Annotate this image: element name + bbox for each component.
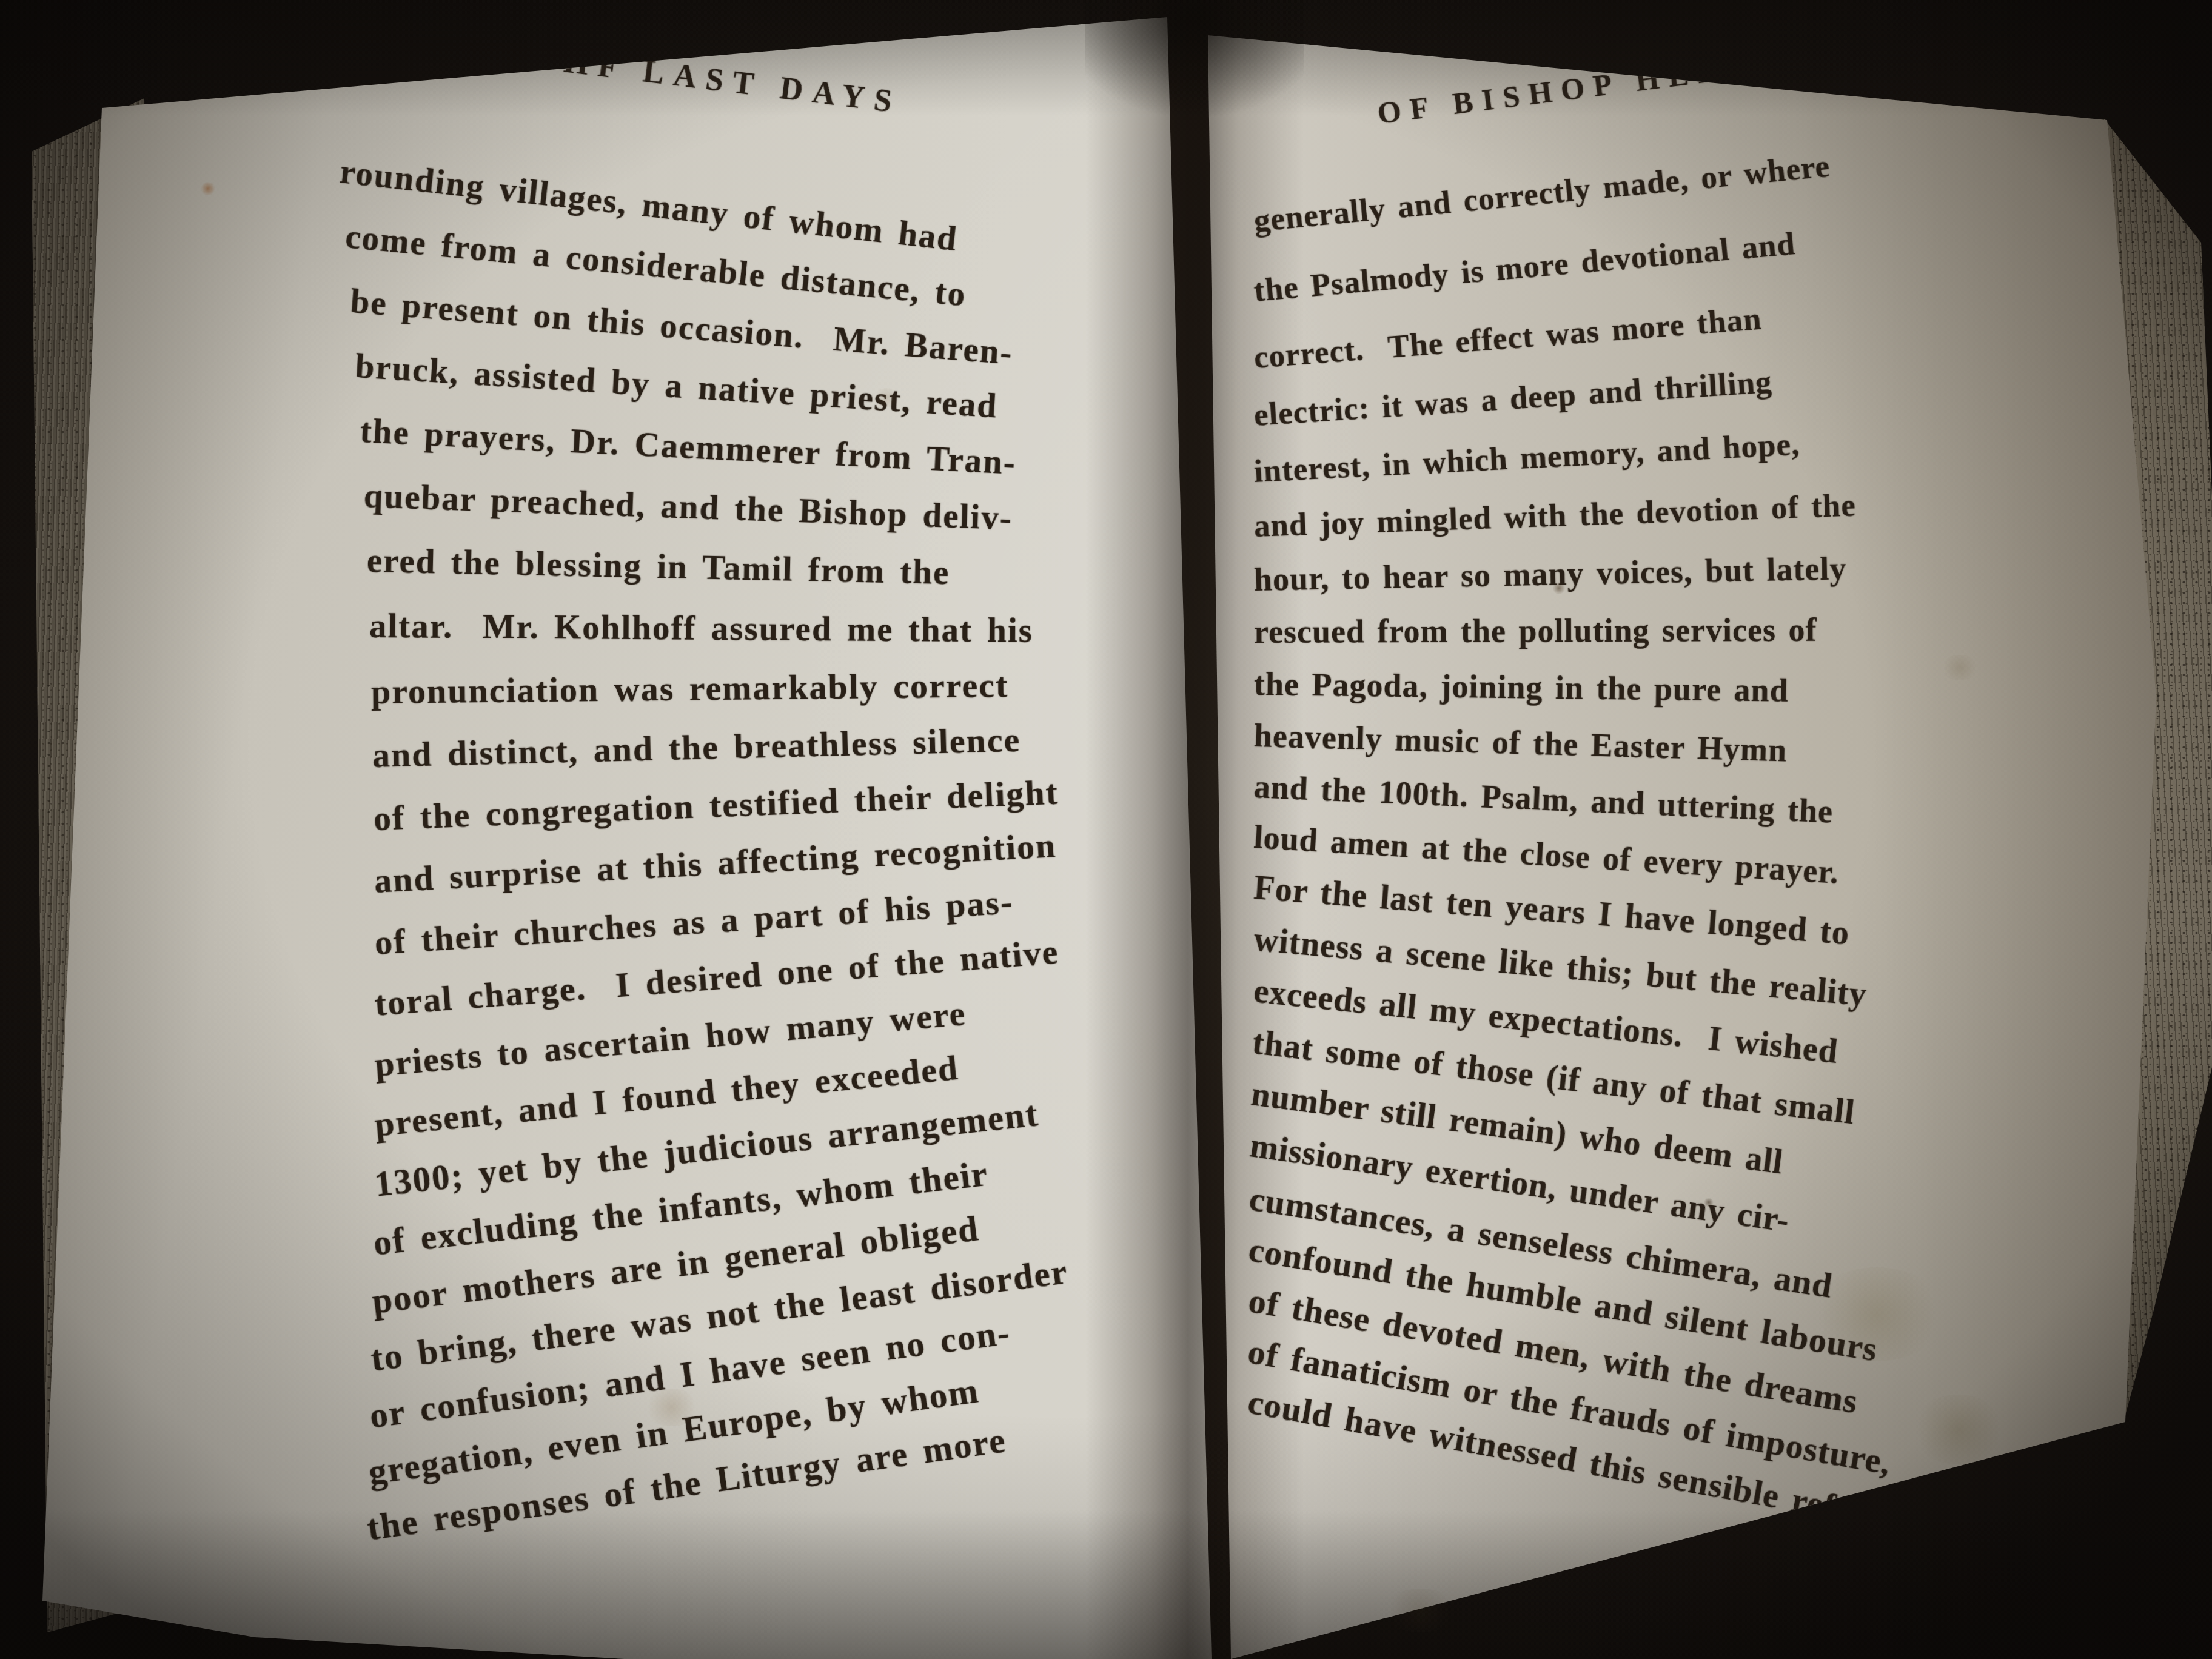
text-line: of the congregation testified their deli… bbox=[373, 772, 1059, 839]
foxing-spot bbox=[873, 388, 900, 407]
text-line: ered the blessing in Tamil from the bbox=[366, 541, 950, 592]
right-page-number: 79 bbox=[1929, 21, 1965, 57]
foxing-spot bbox=[1552, 582, 1566, 594]
text-line: the Psalmody is more devotional and bbox=[1252, 226, 1797, 309]
foxing-spot bbox=[1910, 1395, 2007, 1464]
text-line: quebar preached, and the Bishop deliv- bbox=[363, 476, 1013, 538]
text-line: hour, to hear so many voices, but lately bbox=[1253, 549, 1847, 598]
text-line: correct. The effect was more than bbox=[1253, 301, 1763, 376]
text-line: rescued from the polluting services of bbox=[1254, 611, 1817, 651]
text-line: pronunciation was remarkably correct bbox=[371, 665, 1009, 712]
text-line: and the 100th. Psalm, and uttering the bbox=[1253, 768, 1834, 831]
foxing-spot bbox=[1540, 1340, 1578, 1368]
text-line: the prayers, Dr. Caemmerer from Tran- bbox=[359, 411, 1017, 483]
text-line: and distinct, and the breathless silence bbox=[372, 719, 1021, 776]
text-line: and joy mingled with the devotion of the bbox=[1253, 487, 1857, 545]
text-line: generally and correctly made, or where bbox=[1252, 148, 1831, 240]
foxing-spot bbox=[1382, 1589, 1458, 1632]
gutter-shadow bbox=[1085, 0, 1304, 1659]
foxing-spot bbox=[643, 1389, 700, 1426]
left-running-header: THF LAST DAYS bbox=[531, 40, 903, 121]
left-page-number: 78 bbox=[330, 22, 366, 58]
foxing-spot bbox=[1807, 1267, 1946, 1361]
foxing-spot bbox=[1704, 1198, 1714, 1207]
text-line: interest, in which memory, and hope, bbox=[1253, 426, 1800, 490]
foxing-spot bbox=[1940, 655, 1979, 680]
foxing-spot bbox=[200, 182, 216, 195]
text-line: heavenly music of the Easter Hymn bbox=[1253, 717, 1788, 769]
text-line: the Pagoda, joining in the pure and bbox=[1254, 665, 1789, 709]
open-book-photo: 78 THF LAST DAYS rounding villages, many… bbox=[0, 0, 2212, 1659]
right-running-header: OF BISHOP HEBER. bbox=[1375, 42, 1805, 131]
text-line: electric: it was a deep and thrilling bbox=[1253, 364, 1773, 434]
text-line: altar. Mr. Kohlhoff assured me that his bbox=[369, 606, 1033, 651]
